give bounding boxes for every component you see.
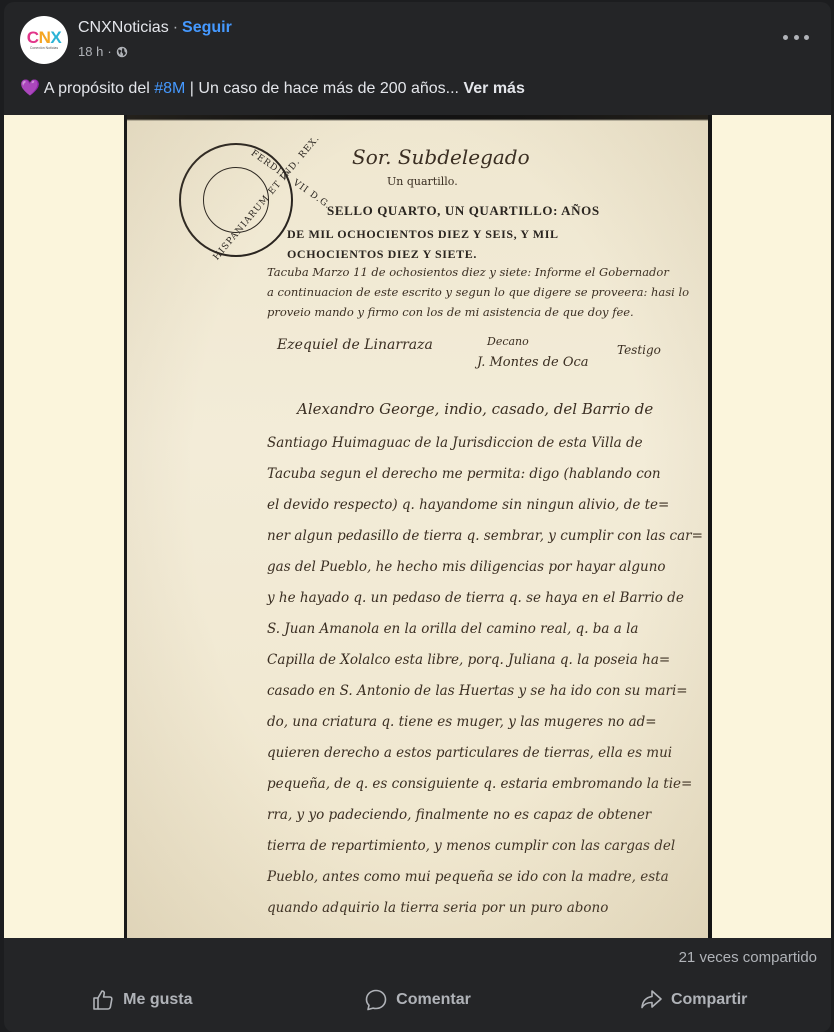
share-count[interactable]: 21 veces compartido bbox=[679, 949, 817, 966]
hashtag-link[interactable]: #8M bbox=[154, 80, 185, 97]
logo-letter-c: C bbox=[27, 28, 39, 47]
share-label: Compartir bbox=[671, 991, 747, 1009]
more-horizontal-icon bbox=[783, 35, 788, 40]
comment-icon bbox=[364, 988, 388, 1012]
decree-line-2: a continuacion de este escrito y segun l… bbox=[267, 285, 689, 299]
body-line: S. Juan Amanola en la orilla del camino … bbox=[267, 621, 638, 637]
cnx-logo: CNX bbox=[27, 30, 61, 46]
doc-stamp-small: Un quartillo. bbox=[387, 175, 458, 188]
globe-icon bbox=[116, 46, 128, 58]
separator: · bbox=[173, 19, 178, 36]
like-label: Me gusta bbox=[123, 991, 192, 1009]
more-horizontal-icon bbox=[804, 35, 809, 40]
thumbs-up-icon bbox=[91, 988, 115, 1012]
signature-1: Ezequiel de Linarraza bbox=[277, 337, 433, 353]
see-more-link[interactable]: Ver más bbox=[463, 80, 524, 97]
logo-letter-x: X bbox=[50, 28, 61, 47]
more-horizontal-icon bbox=[794, 35, 799, 40]
signature-3: J. Montes de Oca bbox=[477, 355, 589, 370]
body-line: Alexandro George, indio, casado, del Bar… bbox=[297, 400, 653, 418]
body-line: do, una criatura q. tiene es muger, y la… bbox=[267, 714, 657, 730]
follow-button[interactable]: Seguir bbox=[182, 19, 232, 36]
body-line: el devido respecto) q. hayandome sin nin… bbox=[267, 497, 669, 513]
body-line: ner algun pedasillo de tierra q. sembrar… bbox=[267, 528, 703, 544]
share-button[interactable]: Compartir bbox=[555, 982, 831, 1018]
post-caption: 💜A propósito del #8M | Un caso de hace m… bbox=[20, 78, 525, 98]
logo-letter-n: N bbox=[39, 28, 51, 47]
share-icon bbox=[639, 988, 663, 1012]
body-line: quieren derecho a estos particulares de … bbox=[267, 745, 672, 761]
royal-seal: HISPANIARUM ET IND. REX. FERDIN. VII D.G… bbox=[179, 143, 293, 257]
caption-prefix: A propósito del bbox=[44, 80, 154, 97]
doc-heading: Sor. Subdelegado bbox=[352, 145, 530, 169]
body-line: Pueblo, antes como mui pequeña se ido co… bbox=[267, 869, 669, 885]
comment-label: Comentar bbox=[396, 991, 471, 1009]
printed-line-3: OCHOCIENTOS DIEZ Y SIETE. bbox=[287, 247, 477, 262]
timestamp[interactable]: 18 h bbox=[78, 44, 103, 59]
decree-line-1: Tacuba Marzo 11 de ochosientos diez y si… bbox=[267, 265, 669, 279]
decree-line-3: proveio mando y firmo con los de mi asis… bbox=[267, 305, 634, 319]
post-meta: 18 h · bbox=[78, 44, 128, 59]
action-bar: Me gusta Comentar Compartir bbox=[4, 982, 831, 1018]
purple-heart-icon: 💜 bbox=[20, 80, 40, 97]
body-line: Santiago Huimaguac de la Jurisdiccion de… bbox=[267, 435, 643, 451]
post-header: CNX Conexión Noticias CNXNoticias·Seguir… bbox=[4, 2, 831, 72]
post-card: CNX Conexión Noticias CNXNoticias·Seguir… bbox=[4, 2, 831, 1024]
post-image[interactable]: HISPANIARUM ET IND. REX. FERDIN. VII D.G… bbox=[4, 115, 831, 938]
signature-2: Decano bbox=[487, 335, 529, 348]
body-line: Capilla de Xolalco esta libre, porq. Jul… bbox=[267, 652, 670, 668]
body-line: gas del Pueblo, he hecho mis diligencias… bbox=[267, 559, 666, 575]
printed-line-1: SELLO QUARTO, UN QUARTILLO: AÑOS bbox=[327, 203, 600, 219]
caption-suffix: | Un caso de hace más de 200 años... bbox=[185, 80, 463, 97]
signature-4: Testigo bbox=[617, 343, 661, 357]
body-line: rra, y yo padeciendo, finalmente no es c… bbox=[267, 807, 651, 823]
body-line: pequeña, de q. es consiguiente q. estari… bbox=[267, 776, 692, 792]
avatar[interactable]: CNX Conexión Noticias bbox=[20, 16, 68, 64]
logo-subtitle: Conexión Noticias bbox=[30, 46, 58, 51]
more-options-button[interactable] bbox=[783, 30, 809, 44]
body-line: tierra de repartimiento, y menos cumplir… bbox=[267, 838, 675, 854]
like-button[interactable]: Me gusta bbox=[4, 982, 280, 1018]
comment-button[interactable]: Comentar bbox=[280, 982, 556, 1018]
body-line: quando adquirio la tierra seria por un p… bbox=[267, 900, 608, 916]
historical-document: HISPANIARUM ET IND. REX. FERDIN. VII D.G… bbox=[124, 115, 712, 938]
body-line: casado en S. Antonio de las Huertas y se… bbox=[267, 683, 688, 699]
body-line: y he hayado q. un pedaso de tierra q. se… bbox=[267, 590, 684, 606]
meta-separator: · bbox=[107, 44, 111, 59]
author-row: CNXNoticias·Seguir bbox=[78, 19, 232, 37]
printed-line-2: DE MIL OCHOCIENTOS DIEZ Y SEIS, Y MIL bbox=[287, 227, 559, 242]
body-line: Tacuba segun el derecho me permita: digo… bbox=[267, 466, 661, 482]
author-name[interactable]: CNXNoticias bbox=[78, 19, 169, 36]
